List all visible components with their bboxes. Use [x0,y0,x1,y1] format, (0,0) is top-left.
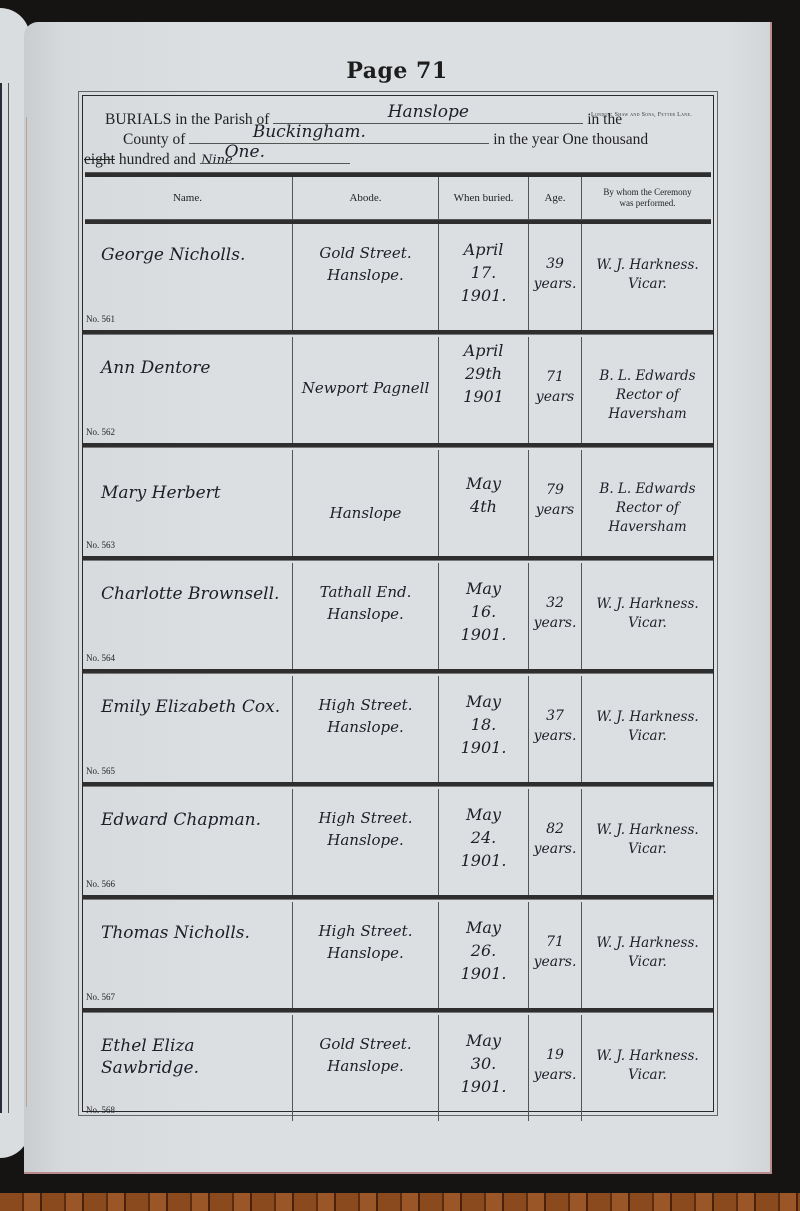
entry-officiant: W. J. Harkness. Vicar. [582,1047,713,1085]
entry-when-buried: April 17. 1901. [439,238,528,307]
entry-officiant: W. J. Harkness. Vicar. [582,256,713,294]
entry-abode: High Street. Hanslope. [293,920,438,964]
burial-entry: Ann DentoreNo. 562 Newport Pagnell April… [83,337,713,447]
entry-age: 71 years. [529,932,581,972]
facing-page-border [0,83,9,1113]
entry-officiant: W. J. Harkness. Vicar. [582,595,713,633]
entry-when-buried: May 4th [439,472,528,518]
entry-officiant: W. J. Harkness. Vicar. [582,821,713,859]
entry-name: Ethel Eliza Sawbridge. [83,1035,292,1079]
burial-entry: Ethel Eliza Sawbridge.No. 568 Gold Stree… [83,1015,713,1121]
entry-when-buried: May 26. 1901. [439,916,528,985]
heading-year-line: Nine eight hundred and One. [84,148,350,169]
hundred-and-label: hundred and [119,151,196,168]
register-heading: BURIALS in the Parish of Hanslope in the… [83,96,713,172]
entry-number: No. 563 [86,540,115,550]
entry-abode: High Street. Hanslope. [293,807,438,851]
entry-officiant: B. L. Edwards Rector of Haversham [582,480,713,537]
burial-entry: Edward Chapman.No. 566 High Street. Hans… [83,789,713,899]
year-value: One. [225,142,265,162]
col-age-header: Age. [529,177,582,219]
entry-abode: Gold Street. Hanslope. [293,1033,438,1077]
column-headers: Name. Abode. When buried. Age. By whom t… [83,177,713,219]
heading-county-line: County of Buckingham. in the year One th… [123,128,648,149]
century-printed-struck: eight [84,151,115,168]
entry-officiant: W. J. Harkness. Vicar. [582,934,713,972]
entry-age: 19 years. [529,1045,581,1085]
entry-abode: High Street. Hanslope. [293,694,438,738]
entry-officiant: B. L. Edwards Rector of Haversham [582,367,713,424]
entry-number: No. 562 [86,427,115,437]
in-the-label: in the [587,111,622,128]
burial-entries: George Nicholls.No. 561 Gold Street. Han… [83,224,713,1121]
entry-name: Mary Herbert [83,482,292,504]
entry-age: 32 years. [529,593,581,633]
entry-number: No. 561 [86,314,115,324]
entry-age: 71 years [529,367,581,407]
wooden-surface [0,1193,800,1211]
entry-when-buried: May 18. 1901. [439,690,528,759]
entry-age: 82 years. [529,819,581,859]
entry-number: No. 564 [86,653,115,663]
entry-number: No. 567 [86,992,115,1002]
col-name-header: Name. [83,177,293,219]
entry-abode: Tathall End. Hanslope. [293,581,438,625]
burials-label: BURIALS in the Parish of [105,111,269,128]
entry-abode: Hanslope [293,502,438,524]
col-by-header: By whom the Ceremony was performed. [582,177,713,219]
entry-number: No. 566 [86,879,115,889]
burial-entry: Emily Elizabeth Cox.No. 565 High Street.… [83,676,713,786]
entry-age: 37 years. [529,706,581,746]
entry-number: No. 568 [86,1105,115,1115]
county-value: Buckingham. [253,122,366,142]
entry-age: 39 years. [529,254,581,294]
register-frame: BURIALS in the Parish of Hanslope in the… [82,95,714,1112]
entry-name: George Nicholls. [83,244,292,266]
page-title: Page 71 [24,58,770,84]
entry-name: Ann Dentore [83,357,292,379]
col-when-header: When buried. [439,177,529,219]
burial-entry: Mary HerbertNo. 563 Hanslope May 4th 79 … [83,450,713,560]
entry-when-buried: May 24. 1901. [439,803,528,872]
parish-value: Hanslope [388,102,469,122]
entry-abode: Newport Pagnell [293,377,438,399]
entry-when-buried: April 29th 1901 [439,339,528,408]
burial-entry: Charlotte Brownsell.No. 564 Tathall End.… [83,563,713,673]
county-label: County of [123,131,185,148]
entry-name: Edward Chapman. [83,809,292,831]
entry-name: Charlotte Brownsell. [83,583,292,605]
burial-entry: George Nicholls.No. 561 Gold Street. Han… [83,224,713,334]
entry-number: No. 565 [86,766,115,776]
entry-name: Thomas Nicholls. [83,922,292,944]
entry-when-buried: May 30. 1901. [439,1029,528,1098]
col-abode-header: Abode. [293,177,439,219]
register-page: Page 71 London: Shaw and Sons, Fetter La… [24,22,772,1174]
gutter-line [26,117,27,1107]
entry-age: 79 years [529,480,581,520]
year-blank: One. [200,148,350,164]
entry-name: Emily Elizabeth Cox. [83,696,292,718]
entry-abode: Gold Street. Hanslope. [293,242,438,286]
year-label: in the year One thousand [493,131,648,148]
entry-officiant: W. J. Harkness. Vicar. [582,708,713,746]
entry-when-buried: May 16. 1901. [439,577,528,646]
burial-entry: Thomas Nicholls.No. 567 High Street. Han… [83,902,713,1012]
